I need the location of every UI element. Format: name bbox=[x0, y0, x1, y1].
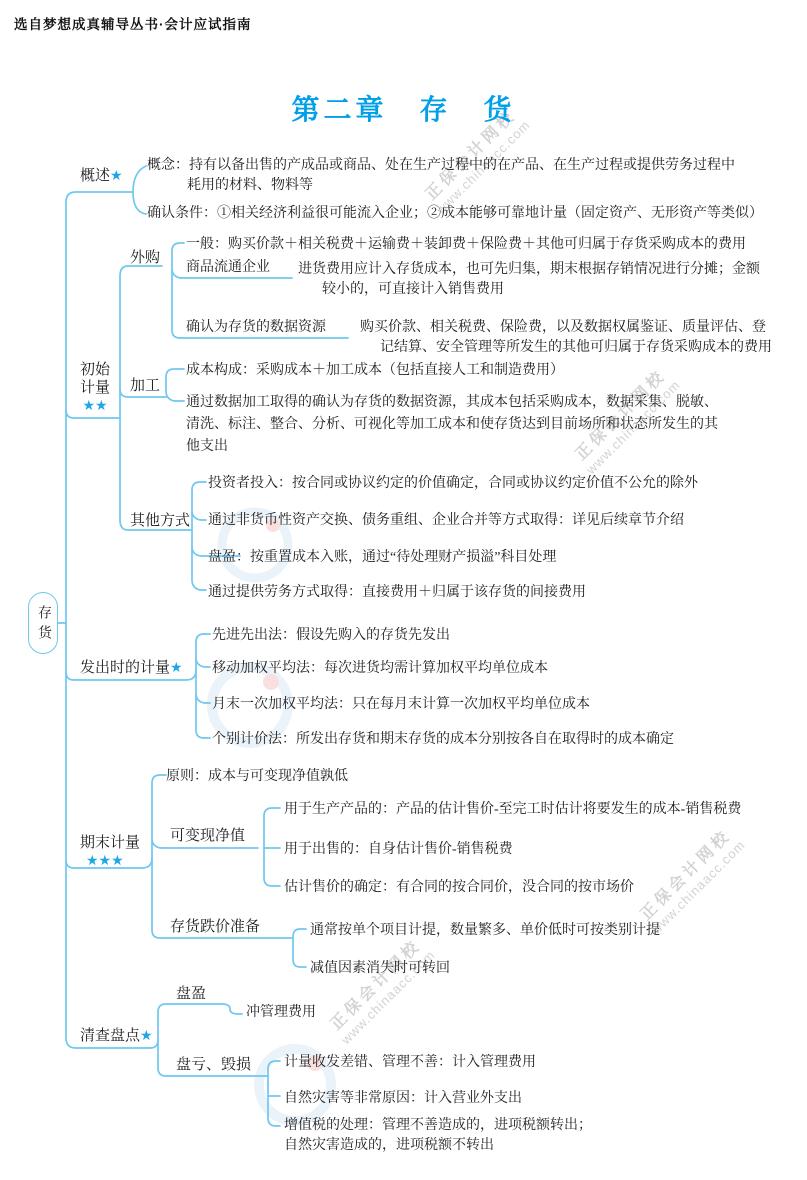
issue-moving-avg: 移动加权平均法：每次进货均需计算加权平均单位成本 bbox=[212, 659, 548, 679]
nrv-production: 用于生产产品的：产品的估计售价-至完工时估计将要发生的成本-销售税费 bbox=[284, 800, 741, 820]
other-service: 通过提供劳务方式取得：直接费用＋归属于该存货的间接费用 bbox=[208, 583, 586, 603]
branch-initial-label-1: 初始 bbox=[72, 361, 118, 379]
branch-stocktake-label: 清查盘点 bbox=[80, 1028, 140, 1044]
branch-issue-measure: 发出时的计量★ bbox=[80, 658, 183, 678]
branch-overview-label: 概述 bbox=[80, 168, 110, 184]
processing-data-line1: 通过数据加工取得的确认为存货的数据资源，其成本包括采购成本，数据采集、脱敏、 bbox=[186, 393, 718, 413]
processing-cost: 成本构成：采购成本＋加工成本（包括直接人工和制造费用） bbox=[186, 361, 564, 381]
purchase-general: 一般：购买价款＋相关税费＋运输费＋装卸费＋保险费＋其他可归属于存货采购成本的费用 bbox=[186, 235, 746, 255]
node-purchase: 外购 bbox=[130, 248, 160, 268]
importance-stars: ★★★ bbox=[86, 851, 124, 871]
nrv-est-price: 估计售价的确定：有合同的按合同价，没合同的按市场价 bbox=[284, 878, 634, 898]
node-processing: 加工 bbox=[130, 376, 160, 396]
doc-source-line: 选自梦想成真辅导丛书·会计应试指南 bbox=[14, 13, 252, 33]
merchant-line1: 进货费用应计入存货成本，也可先归集，期末根据存销情况进行分摊；金额 bbox=[298, 260, 760, 280]
other-surplus: 盘盈：按重置成本入账，通过“待处理财产损溢”科目处理 bbox=[208, 548, 556, 568]
branch-initial-label-2: 计量 bbox=[72, 379, 118, 397]
other-nonmonetary: 通过非货币性资产交换、债务重组、企业合并等方式取得：详见后续章节介绍 bbox=[208, 511, 684, 531]
node-provision: 存货跌价准备 bbox=[170, 917, 260, 937]
overview-concept-line2: 耗用的材料、物料等 bbox=[187, 176, 313, 196]
data-resource-line2: 记结算、安全管理等所发生的其他可归属于存货采购成本的费用 bbox=[380, 338, 772, 358]
node-other-method: 其他方式 bbox=[130, 511, 190, 531]
importance-stars: ★ bbox=[170, 660, 183, 676]
loss-miscount: 计量收发差错、管理不善：计入管理费用 bbox=[284, 1053, 536, 1073]
node-nrv: 可变现净值 bbox=[170, 826, 245, 846]
chapter-title: 第二章 存 货 bbox=[0, 88, 807, 128]
other-investor: 投资者投入：按合同或协议约定的价值确定，合同或协议约定价值不公允的除外 bbox=[208, 474, 698, 494]
branch-stocktake: 清查盘点★ bbox=[80, 1026, 153, 1046]
branch-overview: 概述★ bbox=[80, 166, 123, 186]
branch-period-end: 期末计量 bbox=[80, 833, 140, 853]
issue-specific-id: 个别计价法：所发出存货和期末存货的成本分别按各自在取得时的成本确定 bbox=[212, 730, 674, 750]
node-data-resource: 确认为存货的数据资源 bbox=[186, 318, 326, 338]
issue-fifo: 先进先出法：假设先购入的存货先发出 bbox=[212, 626, 450, 646]
node-merchant: 商品流通企业 bbox=[186, 258, 270, 278]
node-stock-surplus: 盘盈 bbox=[176, 984, 206, 1004]
node-stock-loss: 盘亏、毁损 bbox=[176, 1055, 251, 1075]
overview-recognition: 确认条件：①相关经济利益很可能流入企业；②成本能够可靠地计量（固定资产、无形资产… bbox=[147, 204, 763, 224]
nrv-sale: 用于出售的：自身估计售价-销售税费 bbox=[284, 840, 513, 860]
overview-concept-line1: 概念：持有以备出售的产成品或商品、处在生产过程中的在产品、在生产过程或提供劳务过… bbox=[147, 156, 735, 176]
processing-data-line3: 他支出 bbox=[186, 437, 228, 457]
processing-data-line2: 清洗、标注、整合、分析、可视化等加工成本和使存货达到目前场所和状态所发生的其 bbox=[186, 415, 718, 435]
provision-item: 通常按单个项目计提，数量繁多、单价低时可按类别计提 bbox=[310, 921, 660, 941]
loss-vat-line2: 自然灾害造成的，进项税额不转出 bbox=[284, 1136, 494, 1156]
root-node-inventory: 存货 bbox=[28, 592, 58, 654]
issue-month-end-avg: 月末一次加权平均法：只在每月末计算一次加权平均单位成本 bbox=[212, 695, 590, 715]
importance-stars: ★ bbox=[110, 168, 123, 184]
branch-issue-label: 发出时的计量 bbox=[80, 660, 170, 676]
importance-stars: ★★ bbox=[72, 397, 118, 415]
data-resource-line1: 购买价款、相关税费、保险费，以及数据权属鉴证、质量评估、登 bbox=[360, 318, 766, 338]
merchant-line2: 较小的，可直接计入销售费用 bbox=[322, 280, 504, 300]
stock-surplus-value: 冲管理费用 bbox=[246, 1003, 316, 1023]
importance-stars: ★ bbox=[140, 1028, 153, 1044]
period-end-principle: 原则：成本与可变现净值孰低 bbox=[166, 767, 348, 787]
branch-initial-measure: 初始 计量 ★★ bbox=[72, 361, 118, 415]
loss-vat-line1: 增值税的处理：管理不善造成的，进项税额转出； bbox=[284, 1116, 592, 1136]
provision-reversal: 减值因素消失时可转回 bbox=[310, 959, 450, 979]
loss-disaster: 自然灾害等非常原因：计入营业外支出 bbox=[284, 1089, 522, 1109]
